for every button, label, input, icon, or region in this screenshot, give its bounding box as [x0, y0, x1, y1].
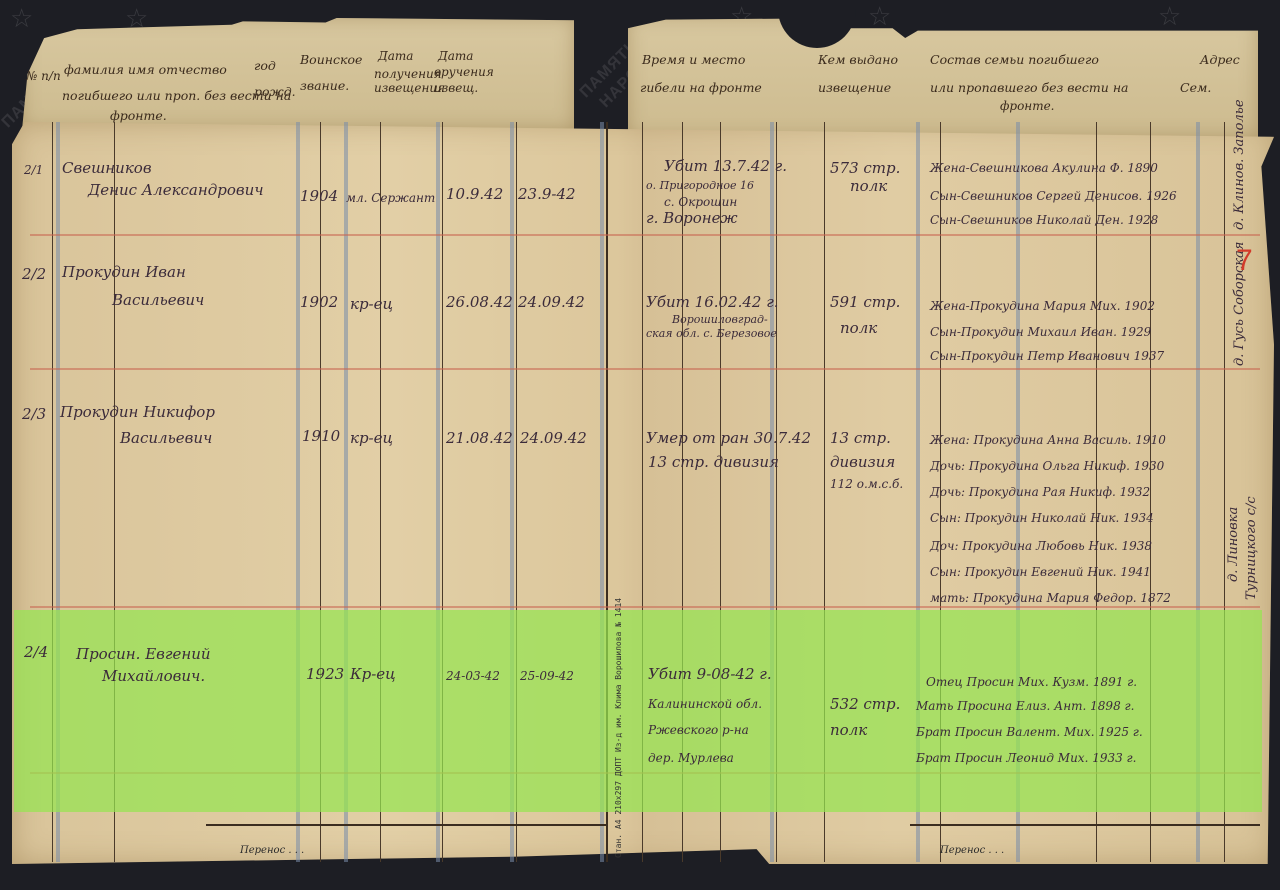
row-year: 1904 — [300, 186, 338, 206]
header-col-number: № п/п — [26, 64, 61, 88]
row-death-info: Умер от ран 30.7.42 — [646, 428, 811, 448]
row-year: 1910 — [302, 426, 340, 446]
family-member: Жена-Прокудина Мария Мих. 1902 — [930, 296, 1155, 316]
family-member: Отец Просин Мих. Кузм. 1891 г. — [926, 672, 1137, 692]
header-col-family: Состав семьи погибшего — [930, 48, 1099, 72]
row-unit-2: полк — [830, 720, 867, 740]
row-name-patronymic: Денис Александрович — [88, 180, 264, 200]
row-rank: Кр-ец — [350, 664, 396, 684]
row-name: Прокудин Иван — [62, 262, 186, 282]
margin-mark: 7 — [1236, 244, 1253, 278]
star-icon: ☆ — [10, 4, 33, 34]
row-number: 2/3 — [22, 404, 46, 424]
row-address-2: Турницкого с/с — [1244, 496, 1259, 600]
row-address: д. Клинов. Заполье — [1232, 99, 1247, 230]
row-name: Просин. Евгений — [76, 644, 211, 664]
family-member: Дочь: Прокудина Ольга Никиф. 1930 — [930, 456, 1164, 476]
row-unit-2: полк — [840, 318, 877, 338]
family-member: Сын-Свешников Николай Ден. 1928 — [930, 210, 1158, 230]
family-member: Брат Просин Валент. Мих. 1925 г. — [916, 722, 1143, 742]
header-col-year-2: рожд. — [254, 80, 296, 104]
row-surname: Свешников — [62, 158, 152, 178]
row-unit-3: 112 о.м.с.б. — [830, 474, 903, 494]
row-date-received: 21.08.42 — [446, 428, 513, 448]
row-number: 2/4 — [24, 642, 48, 662]
header-col-issued-by-2: извещение — [818, 76, 891, 100]
carry-over-right: Перенос . . . — [940, 845, 1004, 856]
header-col-address: Адрес — [1200, 48, 1240, 72]
row-unit: 13 стр. — [830, 428, 891, 448]
family-member: Доч: Прокудина Любовь Ник. 1938 — [930, 536, 1152, 556]
row-rank: кр-ец — [350, 294, 393, 314]
star-icon: ☆ — [1158, 2, 1181, 32]
family-member: Мать Просина Елиз. Ант. 1898 г. — [916, 696, 1134, 716]
header-col-rank: Воинское — [300, 48, 362, 72]
header-col-family-3: фронте. — [1000, 94, 1055, 118]
row-death-info: Убит 13.7.42 г. — [664, 156, 787, 176]
row-death-info: Убит 9-08-42 г. — [648, 664, 772, 684]
family-member: Сын: Прокудин Николай Ник. 1934 — [930, 508, 1154, 528]
star-icon: ☆ — [868, 2, 891, 32]
row-unit-2: полк — [850, 176, 887, 196]
row-unit: 532 стр. — [830, 694, 900, 714]
row-death-info-4: г. Воронеж — [646, 208, 738, 228]
row-death-info: Убит 16.02.42 г. — [646, 292, 779, 312]
family-member: Сын-Прокудин Петр Иванович 1937 — [930, 346, 1164, 366]
family-member: Сын-Свешников Сергей Денисов. 1926 — [930, 186, 1177, 206]
row-name-2: Васильевич — [112, 290, 204, 310]
row-address: д. Линовка — [1226, 507, 1241, 582]
row-date-delivered: 24.09.42 — [518, 292, 585, 312]
row-date-received: 24-03-42 — [446, 666, 500, 686]
header-col-time-place: Время и место — [642, 48, 745, 72]
row-name: Прокудин Никифор — [60, 402, 215, 422]
row-death-info-2: 13 стр. дивизия — [648, 452, 779, 472]
header-col-name: фамилия имя отчество — [64, 58, 227, 82]
family-member: Жена-Свешникова Акулина Ф. 1890 — [930, 158, 1158, 178]
family-member: Брат Просин Леонид Мих. 1933 г. — [916, 748, 1136, 768]
family-member: Сын: Прокудин Евгений Ник. 1941 — [930, 562, 1151, 582]
row-death-info-3: ская обл. с. Березовое — [646, 324, 777, 344]
row-date-delivered: 23.9-42 — [518, 184, 576, 204]
header-col-address-2: Сем. — [1180, 76, 1211, 100]
row-date-delivered: 24.09.42 — [520, 428, 587, 448]
row-name-2: Михайлович. — [102, 666, 205, 686]
row-number: 2/2 — [22, 264, 46, 284]
header-col-issued-by: Кем выдано — [818, 48, 898, 72]
row-date-received: 26.08.42 — [446, 292, 513, 312]
family-member: Жена: Прокудина Анна Василь. 1910 — [930, 430, 1166, 450]
row-death-info-4: дер. Мурлева — [648, 748, 734, 768]
row-unit-2: дивизия — [830, 452, 895, 472]
header-col-date-issue-3: извещ. — [434, 76, 478, 100]
row-date-delivered: 25-09-42 — [520, 666, 574, 686]
row-death-info-3: Ржевского р-на — [648, 720, 749, 740]
family-member: Дочь: Прокудина Рая Никиф. 1932 — [930, 482, 1150, 502]
header-col-time-place-2: гибели на фронте — [640, 76, 762, 100]
carry-over-left: Перенос . . . — [240, 845, 304, 856]
row-name-2: Васильевич — [120, 428, 212, 448]
header-col-year: год — [254, 54, 276, 78]
row-death-info-2: Калининской обл. — [648, 694, 762, 714]
header-col-rank-2: звание. — [300, 74, 349, 98]
family-member: мать: Прокудина Мария Федор. 1872 — [930, 588, 1171, 608]
row-date-received: 10.9.42 — [446, 184, 503, 204]
row-rank: мл. Сержант — [346, 188, 435, 208]
row-rank: кр-ец — [350, 428, 393, 448]
row-unit: 573 стр. — [830, 158, 900, 178]
row-year: 1902 — [300, 292, 338, 312]
row-unit: 591 стр. — [830, 292, 900, 312]
row-number: 2/1 — [24, 160, 43, 180]
row-year: 1923 — [306, 664, 344, 684]
print-imprint: Стан. А4 210х297 ДОПТ Из-д им. Клима Вор… — [614, 598, 623, 858]
family-member: Сын-Прокудин Михаил Иван. 1929 — [930, 322, 1151, 342]
